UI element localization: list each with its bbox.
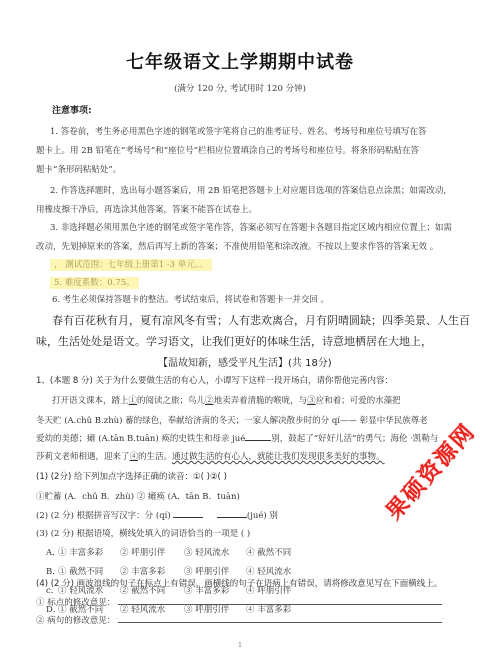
option-item: ④ 轻风流水 [246, 565, 291, 577]
punctuation-revision-label: ① 标点的修改意见： [36, 596, 115, 608]
sub-question-4: (4) (2 分) 画波浪线的句子在标点上有错误，画横线的句子在语病上有错误，请… [36, 577, 442, 589]
notice-line: 题卡上。用 2B 铅笔在“考场号”和“座位号”栏相应位置填涂自己的考场号和座位号… [36, 144, 419, 156]
question-text: (2) (2 分) 根据拼音写汉字：分 (qí) [36, 511, 171, 521]
sub-question-1: (1) (2分) 给下列加点字选择正确的读音：①( )②( ) [36, 470, 227, 482]
option-item: ② 呼朋引伴 [120, 546, 165, 558]
option-item: ③ 轻风流水 [184, 546, 229, 558]
passage-text: 的阅读之旅；鸟儿 [137, 396, 205, 406]
answer-blank[interactable] [173, 509, 203, 518]
sub-question-1-options: ①贮蓄 (A．chǔ B．zhù) ② 瘫痪 (A．tān B．tuān) [36, 490, 240, 502]
section-heading: 【温故知新，感受平凡生活】(共 18分) [158, 354, 332, 369]
sub-question-2: (2) (2 分) 根据拼音写汉字：分 (qí) (jué) 别 [36, 509, 278, 521]
passage-line: 打开语文课本，踏上①的阅读之旅；鸟儿②地卖弄着清脆的喉咙，与③应和着；可爱的水藻… [52, 394, 401, 406]
notice-line: 3. 非选择题必须用黑色字迹的钢笔或签字笔作答，答案必须写在答题卡各题目指定区域… [50, 221, 452, 233]
passage-text: 打开语文课本，踏上 [52, 396, 129, 406]
intro-line: 味，生活处处是语文。学习语文，让我们更好的体味生活，诗意地栖居在大地上， [36, 333, 432, 349]
option-row-b[interactable]: B． ① 截然不同 ② 丰富多彩 ③ 呼朋引伴 ④ 轻风流水 [46, 565, 61, 577]
blank-marker: ② [205, 396, 214, 406]
wavy-underlined-sentence: 通过做生活的有心人，就能让我们发现很多美好的事物。 [172, 452, 385, 462]
passage-text: 应和着；可爱的水藻把 [316, 396, 401, 406]
page-title: 七年级语文上学期期中试卷 [0, 48, 480, 74]
punctuation-answer-line[interactable] [118, 604, 442, 605]
passage-line: 爱幼的美德；瘫 (A.tān B.tuān) 痪的史铁生和母亲 jué别，鼓起了… [36, 432, 438, 444]
notice-heading: 注意事项: [52, 103, 92, 116]
sentence-answer-line[interactable] [118, 622, 442, 623]
passage-text: 的生活。 [138, 452, 172, 462]
exam-subtitle: (满分 120 分, 考试用时 120 分钟) [0, 82, 480, 94]
exam-page: 七年级语文上学期期中试卷 (满分 120 分, 考试用时 120 分钟) 注意事… [0, 0, 480, 672]
notice-line: 题卡“条形码粘贴处”。 [36, 163, 121, 175]
highlighted-difficulty: 5. 难度系数：0.75。 [50, 276, 139, 288]
blank-marker: ① [129, 396, 138, 406]
option-item: ① 丰富多彩 [58, 546, 103, 558]
passage-text: 莎莉文老师相遇，迎来了 [36, 452, 130, 462]
highlight-text: ， 测试范围：七年级上册第1 -3 单元。。 [50, 259, 212, 271]
question-1-stem: 1、(本题 8 分) 关于为什么要做生活的有心人，小谭写下这样一段开场白，请你帮… [36, 374, 393, 386]
option-item: ② 丰富多彩 [120, 565, 165, 577]
blank-marker: ③ [307, 396, 316, 406]
option-item: ④ 截然不同 [246, 546, 291, 558]
option-row-a[interactable]: A． ① 丰富多彩 ② 呼朋引伴 ③ 轻风流水 ④ 截然不同 [46, 546, 61, 558]
notice-line: 2. 作答选择题时，选出每小题答案后，用 2B 铅笔把答题卡上对应题目选项的答案… [50, 184, 452, 196]
intro-line: 春有百花秋有月，夏有凉风冬有雪；人有悲欢离合，月有阴晴圆缺；四季美景、人生百 [52, 312, 470, 328]
notice-line: 用橡皮擦干净后，再选涂其他答案，答案不能答在试卷上。 [36, 203, 257, 215]
blank-line [245, 432, 271, 441]
option-item: ① 截然不同 [58, 565, 103, 577]
blank-marker: ④ [130, 452, 139, 462]
notice-line: 改动，先划掉原来的答案，然后再写上新的答案；不准使用铅笔和涂改液。不按以上要求作… [36, 240, 438, 252]
passage-text: 地卖弄着清脆的喉咙，与 [214, 396, 308, 406]
highlight-text: 5. 难度系数：0.75。 [50, 277, 139, 289]
notice-line: 6. 考生必须保持答题卡的整洁。考试结束后，将试卷和答题卡一并交回 。 [52, 293, 329, 305]
answer-blank[interactable] [217, 509, 247, 518]
highlighted-test-scope: ， 测试范围：七年级上册第1 -3 单元。。 [50, 258, 212, 270]
passage-line: 冬天贮 (A.chǔ B.zhù) 蓄的绿色，奉献给济南的冬天；一家人解决散步时… [36, 414, 428, 426]
passage-text: 爱幼的美德；瘫 (A.tān B.tuān) 痪的史铁生和母亲 jué [36, 434, 245, 444]
notice-line: 1. 答卷前，考生务必用黑色字迹的钢笔或签字笔将自己的准考证号、姓名、考场号和座… [50, 125, 426, 137]
sub-question-3: (3) (2 分) 根据语境，横线处填入的词语恰当的一项是 ( ) [36, 527, 250, 539]
passage-line: 莎莉文老师相遇，迎来了④的生活。通过做生活的有心人，就能让我们发现很多美好的事物… [36, 450, 385, 462]
page-number: 1 [0, 642, 480, 649]
sentence-revision-label: ② 病句的修改意见： [36, 614, 115, 626]
question-text: (jué) 别 [247, 511, 278, 521]
passage-text: 别，鼓起了“好好儿活”的勇气；海伦 ·凯勒与 [271, 434, 438, 444]
option-item: ③ 呼朋引伴 [184, 565, 229, 577]
